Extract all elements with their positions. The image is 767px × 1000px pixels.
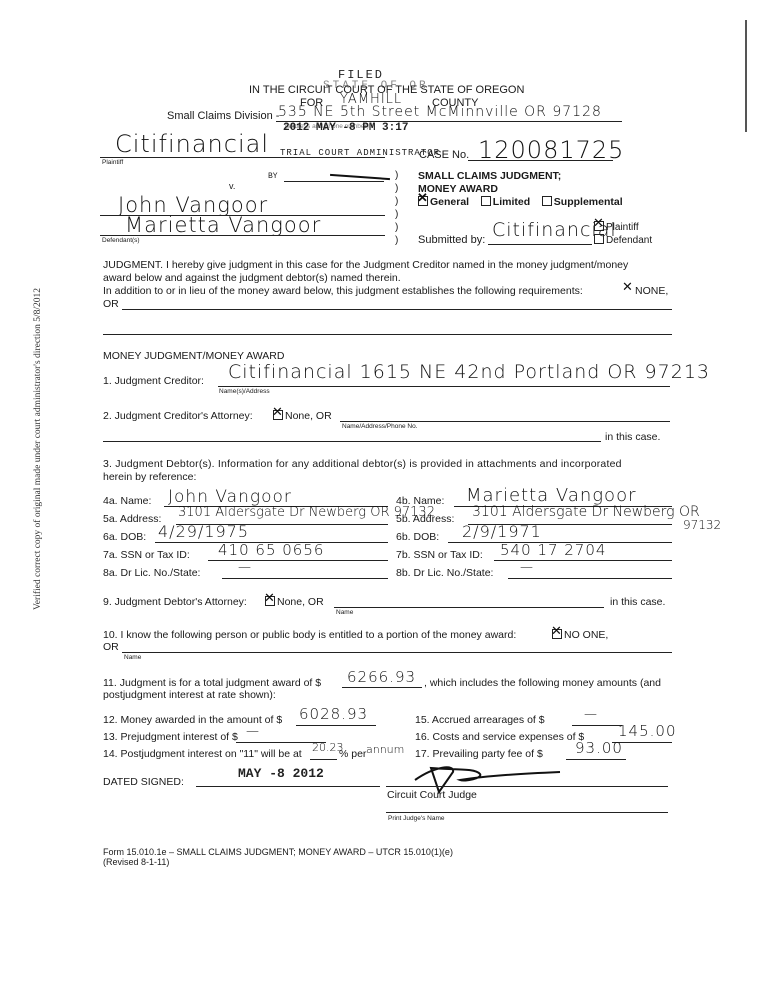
debtor-a-ssn-label: 7a. SSN or Tax ID: [103, 549, 190, 561]
arrearages-label: 15. Accrued arrearages of $ [415, 714, 545, 726]
postjudgment-per-label: % per [339, 748, 366, 760]
debtor-b-dob-value: 2/9/1971 [462, 522, 542, 541]
requirements-none-checkbox[interactable]: NONE, [623, 285, 668, 297]
debtor-attorney-label: 9. Judgment Debtor's Attorney: [103, 596, 247, 608]
creditor-attorney-caption: Name/Address/Phone No. [342, 423, 418, 430]
debtor-a-name-value: John Vangoor [168, 487, 292, 507]
entitled-none-checkbox[interactable]: NO ONE, [552, 629, 608, 641]
paren: ) [395, 196, 398, 207]
debtor-a-dl-value: — [238, 560, 252, 575]
print-judge-label: Print Judge's Name [388, 815, 445, 822]
debtor-b-name-value: Marietta Vangoor [466, 485, 637, 506]
paren: ) [395, 235, 398, 246]
paren: ) [395, 222, 398, 233]
defendant-value-2: Marietta Vangoor [125, 213, 321, 237]
creditor-attorney-line[interactable] [340, 421, 670, 422]
creditor-value: Citifinancial 1615 NE 42nd Portland OR 9… [228, 361, 710, 383]
debtor-b-name-label: 4b. Name: [396, 495, 444, 507]
debtor-a-ssn-value: 410 65 0656 [218, 541, 324, 559]
money-awarded-value: 6028.93 [299, 705, 368, 723]
division-caption: (address and phone number) [285, 123, 369, 130]
judgment-text-2: award below and against the judgment deb… [103, 272, 401, 284]
debtors-text-2: herein by reference: [103, 471, 196, 483]
paren: ) [395, 209, 398, 220]
debtor-b-address-overflow: 97132 [683, 518, 721, 532]
stamp-signature-stroke [330, 174, 390, 180]
debtor-b-dl-line [508, 578, 672, 579]
case-no-line [468, 160, 613, 161]
form-number: Form 15.010.1e – SMALL CLAIMS JUDGMENT; … [103, 847, 453, 857]
stamp-by-line [284, 181, 384, 182]
dated-signed-value: MAY -8 2012 [238, 766, 324, 781]
debtor-b-address-value: 3101 Aldersgate Dr Newberg OR [472, 504, 700, 520]
defendant-line-2 [100, 235, 385, 236]
debtor-b-dob-label: 6b. DOB: [396, 531, 439, 543]
checkbox-icon [418, 196, 428, 206]
prejudgment-interest-label: 13. Prejudgment interest of $ [103, 731, 238, 743]
checkbox-icon [265, 596, 275, 606]
submitted-by-label: Submitted by: [418, 234, 485, 246]
postjudgment-period-value: annum [366, 743, 404, 756]
debtor-a-ssn-line [208, 560, 388, 561]
debtor-b-dl-value: — [520, 560, 534, 575]
verification-note: Verified correct copy of original made u… [33, 288, 43, 610]
type-general-checkbox[interactable]: General [418, 196, 469, 208]
debtor-b-address-label: 5b. Address: [396, 513, 454, 525]
case-no-label: CASE No. [419, 149, 469, 161]
judgment-or-label: OR [103, 298, 119, 310]
dated-signed-line [196, 786, 380, 787]
type-supplemental-checkbox[interactable]: Supplemental [542, 196, 623, 208]
arrearages-line [572, 725, 622, 726]
debtor-a-dob-label: 6a. DOB: [103, 531, 146, 543]
division-line [276, 121, 622, 122]
creditor-label: 1. Judgment Creditor: [103, 375, 204, 387]
total-award-suffix: , which includes the following money amo… [424, 677, 661, 689]
paren: ) [395, 183, 398, 194]
submitter-defendant-checkbox[interactable]: Defendant [594, 234, 652, 246]
checkbox-icon [273, 410, 283, 420]
versus-label: v. [229, 181, 235, 191]
checkbox-icon [481, 196, 491, 206]
entitled-caption: Name [124, 654, 141, 661]
prevailing-fee-value: 93.00 [575, 739, 623, 757]
total-award-line2: postjudgment interest at rate shown): [103, 689, 276, 701]
postjudgment-interest-label: 14. Postjudgment interest on "11" will b… [103, 748, 302, 760]
type-limited-checkbox[interactable]: Limited [481, 196, 530, 208]
total-award-line [342, 687, 422, 688]
debtor-b-dl-label: 8b. Dr Lic. No./State: [396, 567, 493, 579]
debtor-a-address-label: 5a. Address: [103, 513, 161, 525]
dated-signed-label: DATED SIGNED: [103, 776, 184, 788]
debtor-attorney-none-checkbox[interactable]: None, OR [265, 596, 324, 608]
money-awarded-line [296, 725, 376, 726]
debtor-attorney-suffix: in this case. [610, 596, 665, 608]
debtor-a-dob-value: 4/29/1975 [158, 522, 249, 541]
scan-edge-mark [745, 20, 747, 132]
postjudgment-rate-line [310, 759, 337, 760]
debtor-b-ssn-label: 7b. SSN or Tax ID: [396, 549, 483, 561]
debtor-attorney-line[interactable] [334, 607, 604, 608]
total-award-label: 11. Judgment is for a total judgment awa… [103, 677, 321, 689]
debtors-text-1: 3. Judgment Debtor(s). Information for a… [103, 458, 622, 470]
entitled-party-line[interactable] [122, 652, 672, 653]
debtor-a-name-label: 4a. Name: [103, 495, 151, 507]
debtor-attorney-caption: Name [336, 609, 353, 616]
arrearages-value: — [584, 707, 598, 722]
creditor-attorney-line-2[interactable] [103, 441, 601, 442]
stamp-by: BY [268, 172, 278, 181]
defendants-label: Defendant(s) [102, 237, 140, 244]
prevailing-fee-line [566, 759, 626, 760]
prejudgment-interest-value: — [246, 724, 260, 739]
submitter-plaintiff-checkbox[interactable]: Plaintiff [594, 221, 639, 233]
print-judge-name-line[interactable] [386, 812, 668, 813]
checkbox-icon [552, 629, 562, 639]
creditor-caption: Name(s)/Address [219, 388, 270, 395]
requirements-line-2[interactable] [103, 334, 672, 335]
plaintiff-line [100, 157, 385, 158]
plaintiff-value: Citifinancial [115, 130, 269, 158]
costs-label: 16. Costs and service expenses of $ [415, 731, 584, 743]
creditor-line [218, 386, 670, 387]
entitled-or-label: OR [103, 641, 119, 653]
form-title-2: MONEY AWARD [418, 183, 498, 195]
form-revised: (Revised 8-1-11) [103, 857, 169, 867]
costs-value: 145.00 [618, 722, 677, 740]
debtor-a-dl-label: 8a. Dr Lic. No./State: [103, 567, 200, 579]
judge-signature-line [386, 786, 668, 787]
checkbox-icon [542, 196, 552, 206]
entitled-party-label: 10. I know the following person or publi… [103, 629, 516, 641]
total-award-value: 6266.93 [347, 668, 416, 686]
requirements-line-1[interactable] [122, 309, 672, 310]
checkbox-icon [623, 285, 633, 295]
judgment-type-options: General Limited Supplemental [418, 196, 623, 208]
judge-label: Circuit Court Judge [387, 789, 477, 801]
creditor-attorney-label: 2. Judgment Creditor's Attorney: [103, 410, 253, 422]
judgment-text-1: JUDGMENT. I hereby give judgment in this… [103, 259, 628, 271]
plaintiff-label: Plaintiff [102, 159, 123, 166]
debtor-b-ssn-value: 540 17 2704 [500, 541, 606, 559]
form-title-1: SMALL CLAIMS JUDGMENT; [418, 170, 561, 182]
creditor-attorney-suffix: in this case. [605, 431, 660, 443]
creditor-attorney-none-checkbox[interactable]: None, OR [273, 410, 332, 422]
division-label: Small Claims Division - [167, 110, 279, 122]
paren: ) [395, 170, 398, 181]
division-address: 535 NE 5th Street McMinnville OR 97128 [278, 104, 602, 120]
debtor-a-dl-line [222, 578, 388, 579]
submitted-by-line [488, 244, 592, 245]
checkbox-icon [594, 234, 604, 244]
judgment-text-3: In addition to or in lieu of the money a… [103, 285, 583, 297]
checkbox-icon [594, 221, 604, 231]
